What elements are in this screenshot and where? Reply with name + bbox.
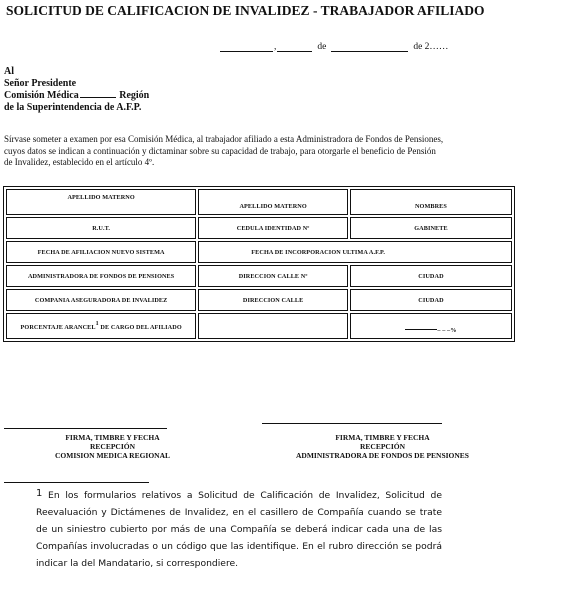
table-row: COMPANIA ASEGURADORA DE INVALIDEZ DIRECC…: [6, 289, 512, 311]
salutation-line-1: Al: [4, 66, 149, 78]
field-fecha-afiliacion[interactable]: FECHA DE AFILIACION NUEVO SISTEMA: [6, 241, 196, 263]
field-ciudad-1[interactable]: CIUDAD: [350, 265, 512, 287]
comision-medica-label: Comisión Médica: [4, 90, 79, 101]
region-label: Región: [119, 90, 149, 101]
salutation: Al Señor Presidente Comisión Médica Regi…: [4, 66, 149, 113]
field-apellido-materno-2[interactable]: APELLIDO MATERNO: [198, 189, 348, 215]
day-blank[interactable]: [277, 42, 312, 52]
field-porcentaje-blank[interactable]: [198, 313, 348, 339]
field-administradora[interactable]: ADMINISTRADORA DE FONDOS DE PENSIONES: [6, 265, 196, 287]
field-fecha-incorporacion[interactable]: FECHA DE INCORPORACION ULTIMA A.F.P.: [198, 241, 512, 263]
date-year: de 2……: [413, 42, 448, 52]
city-blank[interactable]: [220, 42, 273, 52]
table-row: ADMINISTRADORA DE FONDOS DE PENSIONES DI…: [6, 265, 512, 287]
footnote-separator: [4, 482, 149, 483]
signature-right-line-3: ADMINISTRADORA DE FONDOS DE PENSIONES: [285, 451, 480, 460]
signature-line-afp: [262, 423, 442, 424]
field-nombres[interactable]: NOMBRES: [350, 189, 512, 215]
field-rut[interactable]: R.U.T.: [6, 217, 196, 239]
signature-block-comision: FIRMA, TIMBRE Y FECHA RECEPCIÓN COMISION…: [40, 433, 185, 460]
signature-block-afp: FIRMA, TIMBRE Y FECHA RECEPCIÓN ADMINIST…: [285, 433, 480, 460]
footnote-text: En los formularios relativos a Solicitud…: [36, 490, 442, 569]
porcentaje-arancel-label: PORCENTAJE ARANCEL: [21, 324, 96, 331]
percent-suffix: – – –%: [437, 327, 456, 334]
signature-line-comision: [4, 428, 167, 429]
field-direccion-calle-n[interactable]: DIRECCION CALLE Nº: [198, 265, 348, 287]
intro-paragraph: Sírvase someter a examen por esa Comisió…: [4, 134, 444, 169]
cargo-afiliado-label: DE CARGO DEL AFILIADO: [99, 324, 182, 331]
signature-left-line-3: COMISION MEDICA REGIONAL: [40, 451, 185, 460]
month-blank[interactable]: [331, 42, 408, 52]
region-blank[interactable]: [80, 89, 116, 98]
percent-blank-line: [405, 329, 437, 330]
field-porcentaje-value[interactable]: – – –%: [350, 313, 512, 339]
signature-left-line-2: RECEPCIÓN: [40, 442, 185, 451]
table-row: PORCENTAJE ARANCEL1 DE CARGO DEL AFILIAD…: [6, 313, 512, 339]
footnote: 1 En los formularios relativos a Solicit…: [36, 485, 442, 572]
date-comma: ,: [274, 42, 276, 52]
salutation-line-3: Comisión Médica Región: [4, 89, 149, 102]
affiliate-data-table: APELLIDO MATERNO APELLIDO MATERNO NOMBRE…: [3, 186, 515, 342]
signature-left-line-1: FIRMA, TIMBRE Y FECHA: [40, 433, 185, 442]
document-title: SOLICITUD DE CALIFICACION DE INVALIDEZ -…: [6, 3, 484, 19]
table-row: APELLIDO MATERNO APELLIDO MATERNO NOMBRE…: [6, 189, 512, 215]
field-ciudad-2[interactable]: CIUDAD: [350, 289, 512, 311]
field-direccion-calle[interactable]: DIRECCION CALLE: [198, 289, 348, 311]
salutation-line-4: de la Superintendencia de A.F.P.: [4, 102, 149, 114]
date-line: , de de 2……: [219, 42, 448, 52]
signature-right-line-2: RECEPCIÓN: [285, 442, 480, 451]
table-row: FECHA DE AFILIACION NUEVO SISTEMA FECHA …: [6, 241, 512, 263]
field-cedula-identidad[interactable]: CEDULA IDENTIDAD Nº: [198, 217, 348, 239]
signature-right-line-1: FIRMA, TIMBRE Y FECHA: [285, 433, 480, 442]
date-de-1: de: [317, 42, 326, 52]
field-compania-aseguradora[interactable]: COMPANIA ASEGURADORA DE INVALIDEZ: [6, 289, 196, 311]
field-porcentaje-arancel[interactable]: PORCENTAJE ARANCEL1 DE CARGO DEL AFILIAD…: [6, 313, 196, 339]
salutation-line-2: Señor Presidente: [4, 78, 149, 90]
field-apellido-materno-1[interactable]: APELLIDO MATERNO: [6, 189, 196, 215]
field-gabinete[interactable]: GABINETE: [350, 217, 512, 239]
table-row: R.U.T. CEDULA IDENTIDAD Nº GABINETE: [6, 217, 512, 239]
